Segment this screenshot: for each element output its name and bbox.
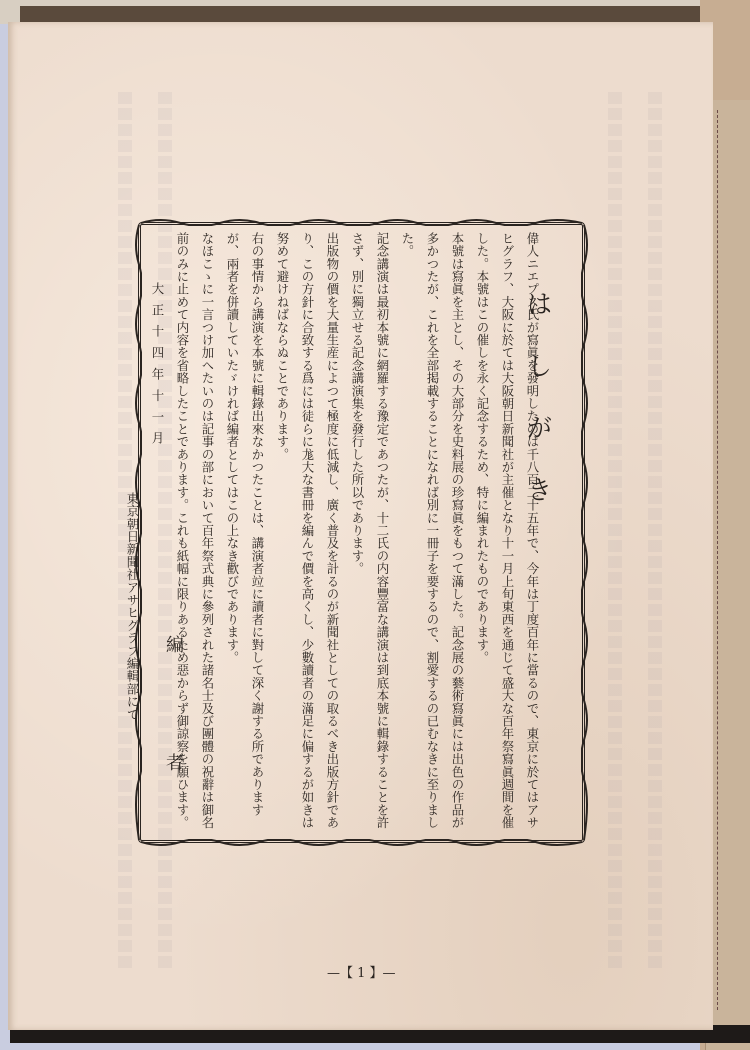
preface-body: 偉人ニエプス氏が寫眞を發明したのは千八百二十五年で、今年は丁度百年に當るので、東… — [150, 232, 575, 832]
signature: 東京朝日新聞社アサヒグラフ編輯部にて — [120, 232, 145, 832]
page-number: —【 1 】— — [327, 962, 396, 981]
paragraph: 記念講演は最初本號に網羅する豫定であつたが、十二氏の内容豐富な講演は到底本號に輯… — [345, 232, 395, 832]
stitch-line — [717, 110, 721, 1010]
paragraph: 偉人ニエプス氏が寫眞を發明したのは千八百二十五年で、今年は丁度百年に當るので、東… — [470, 232, 545, 832]
editor-label: 編者 — [160, 635, 186, 871]
paragraph: 右の事情から講演を本號に輯錄出來なかつたことは、講演者竝に讀者に對して深く謝する… — [220, 232, 270, 832]
wave-border-icon — [141, 218, 582, 226]
wave-border-icon — [581, 225, 589, 840]
bleed-through-text — [608, 92, 622, 972]
paragraph: 本號は寫眞を主とし、その大部分を史料展の珍寫眞をもつて滿した。記念展の藝術寫眞に… — [395, 232, 470, 832]
bleed-through-text — [648, 92, 662, 972]
paragraph: 出版物の價を大量生産によつて極度に低減し、廣く普及を計るのが新聞社としての取るべ… — [270, 232, 345, 832]
wave-border-icon — [141, 839, 582, 847]
